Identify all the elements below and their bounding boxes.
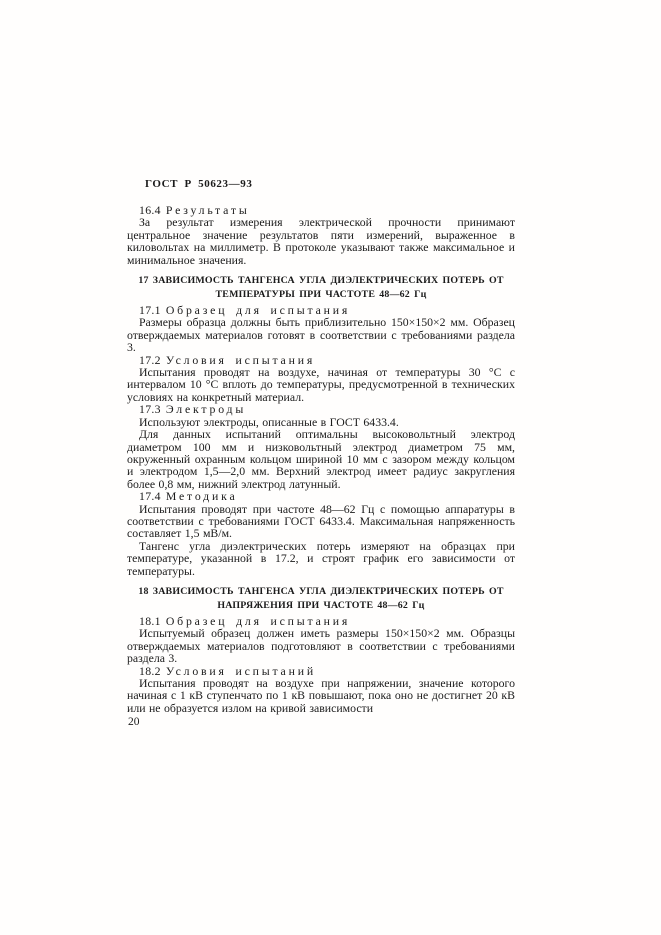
paragraph: Испытания проводят на воздухе, начиная о… bbox=[127, 366, 515, 403]
paragraph: Для данных испытаний оптимальны высоково… bbox=[127, 428, 515, 490]
text-block: ГОСТ Р 50623—93 16.4Результаты За резуль… bbox=[127, 178, 515, 714]
paragraph: Испытания проводят на воздухе при напряж… bbox=[127, 677, 515, 714]
section-heading-18: 18 ЗАВИСИМОСТЬ ТАНГЕНСА УГЛА ДИЭЛЕКТРИЧЕ… bbox=[127, 585, 515, 613]
section-heading-17: 17 ЗАВИСИМОСТЬ ТАНГЕНСА УГЛА ДИЭЛЕКТРИЧЕ… bbox=[127, 274, 515, 302]
paragraph: За результат измерения электрической про… bbox=[127, 216, 515, 266]
subsection-heading-17-3: 17.3Электроды bbox=[127, 403, 515, 415]
paragraph: Испытуемый образец должен иметь размеры … bbox=[127, 627, 515, 664]
document-page: ГОСТ Р 50623—93 16.4Результаты За резуль… bbox=[0, 0, 661, 935]
paragraph: Тангенс угла диэлектрических потерь изме… bbox=[127, 540, 515, 577]
page-number: 20 bbox=[128, 716, 140, 728]
paragraph: Испытания проводят при частоте 48—62 Гц … bbox=[127, 503, 515, 540]
subsection-heading-17-4: 17.4Методика bbox=[127, 490, 515, 502]
paragraph: Размеры образца должны быть приблизитель… bbox=[127, 316, 515, 353]
running-header: ГОСТ Р 50623—93 bbox=[145, 178, 515, 190]
